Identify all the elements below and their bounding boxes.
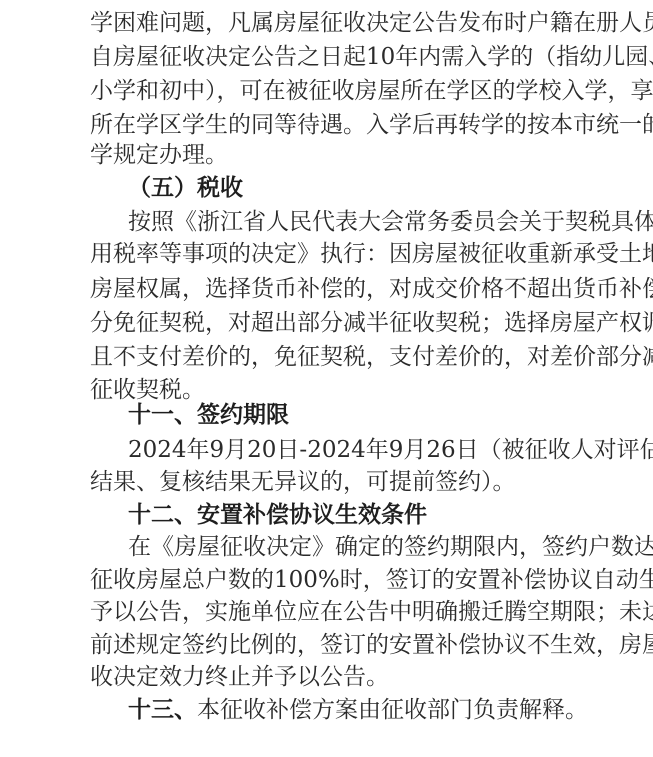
paragraph-line: 房屋权属，选择货币补偿的，对成交价格不超出货币补偿部: [90, 274, 589, 304]
paragraph-line: 予以公告，实施单位应在公告中明确搬迁腾空期限；未达到: [90, 597, 589, 627]
paragraph-line: 征收房屋总户数的100%时，签订的安置补偿协议自动生效并: [90, 565, 589, 595]
section-number: 十三、: [128, 697, 197, 723]
paragraph-line: 学困难问题，凡属房屋征收决定公告发布时户籍在册人员，: [90, 8, 589, 38]
paragraph-line: 用税率等事项的决定》执行：因房屋被征收重新承受土地、: [90, 239, 589, 269]
section-text: 本征收补偿方案由征收部门负责解释。: [197, 697, 588, 723]
paragraph-line: 收决定效力终止并予以公告。: [90, 662, 589, 692]
paragraph-line: 2024年9月20日-2024年9月26日（被征收人对评估: [128, 435, 589, 465]
paragraph-line: 结果、复核结果无异议的，可提前签约）。: [90, 467, 589, 497]
section-heading-signing-period: 十一、签约期限: [128, 400, 589, 430]
paragraph-line: 学规定办理。: [90, 140, 589, 170]
section-heading-agreement-conditions: 十二、安置补偿协议生效条件: [128, 500, 589, 530]
paragraph-line: 前述规定签约比例的，签订的安置补偿协议不生效，房屋征: [90, 630, 589, 660]
section-heading-tax: （五）税收: [128, 173, 589, 203]
paragraph-line: 且不支付差价的，免征契税，支付差价的，对差价部分减半: [90, 342, 589, 372]
paragraph-line: 所在学区学生的同等待遇。入学后再转学的按本市统一的入: [90, 110, 589, 140]
paragraph-line: 按照《浙江省人民代表大会常务委员会关于契税具体适: [128, 207, 589, 237]
section-interpretation: 十三、本征收补偿方案由征收部门负责解释。: [128, 695, 589, 725]
paragraph-line: 分免征契税，对超出部分减半征收契税；选择房屋产权调换: [90, 308, 589, 338]
paragraph-line: 在《房屋征收决定》确定的签约期限内，签约户数达被: [128, 532, 589, 562]
paragraph-line: 小学和初中），可在被征收房屋所在学区的学校入学，享受: [90, 76, 589, 106]
paragraph-line: 自房屋征收决定公告之日起10年内需入学的（指幼儿园、: [90, 42, 589, 72]
